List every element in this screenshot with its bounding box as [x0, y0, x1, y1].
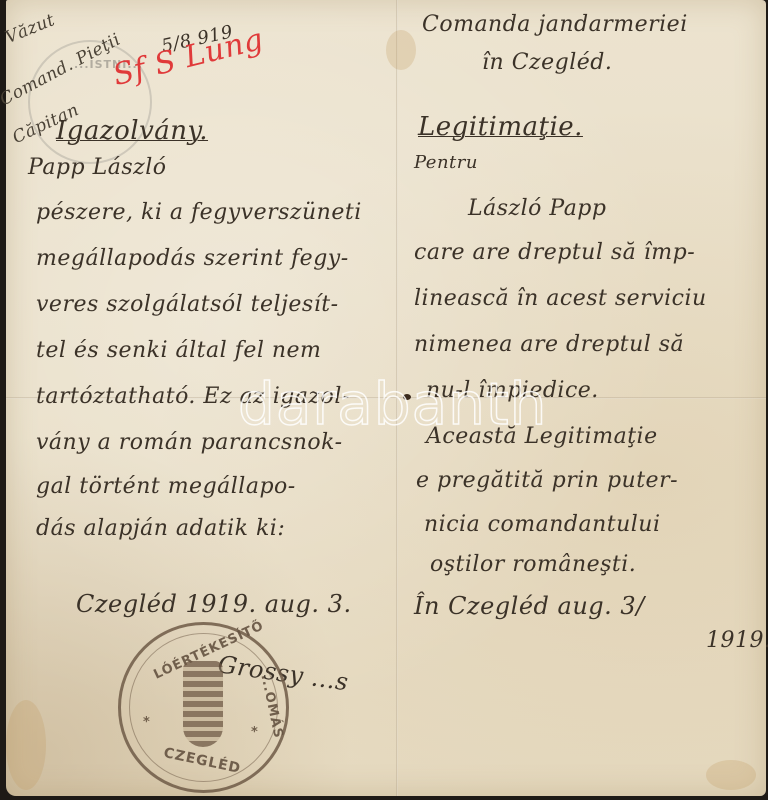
left-title: Igazolvány.	[56, 116, 208, 146]
round-stamp: LÓÉRTÉKESÍTŐ ...OMÁS CZEGLÉD * *	[118, 622, 289, 793]
right-line: nimenea are dreptul să	[414, 332, 684, 357]
left-line: veres szolgálatsól teljesít-	[36, 292, 339, 317]
left-line: megállapodás szerint fegy-	[36, 246, 349, 271]
right-line: Pentru	[414, 152, 478, 173]
right-year: 1919.	[706, 628, 768, 653]
watermark: darabanth	[238, 370, 547, 438]
star-icon: *	[143, 715, 151, 730]
stain	[6, 700, 46, 790]
left-place-date: Czegléd 1919. aug. 3.	[76, 590, 352, 618]
left-line: tel és senki által fel nem	[36, 338, 321, 363]
right-line: László Papp	[468, 196, 606, 221]
coat-of-arms-icon	[183, 661, 223, 747]
right-line: care are dreptul să împ-	[414, 240, 695, 265]
stain	[386, 30, 416, 70]
right-line: e pregătită prin puter-	[416, 468, 678, 493]
star-icon: *	[251, 725, 259, 740]
right-title: Legitimaţie.	[418, 112, 583, 142]
document-paper: ...ISTNI... Văzut Comand. Pieţii Căpitan…	[6, 0, 766, 796]
left-line: gal történt megállapo-	[36, 474, 296, 499]
left-line: Papp László	[28, 155, 166, 180]
right-line: oştilor româneşti.	[430, 552, 636, 577]
right-place-date: În Czegléd aug. 3/	[414, 592, 645, 620]
right-header-line: în Czegléd.	[482, 50, 612, 75]
annotation-line: Văzut	[3, 10, 58, 48]
right-header-line: Comanda jandarmeriei	[422, 12, 688, 37]
left-line: dás alapján adatik ki:	[36, 516, 285, 541]
right-line: nicia comandantului	[424, 512, 661, 537]
stain	[706, 760, 756, 790]
left-line: pészere, ki a fegyverszüneti	[36, 200, 362, 225]
right-line: linească în acest serviciu	[414, 286, 707, 311]
